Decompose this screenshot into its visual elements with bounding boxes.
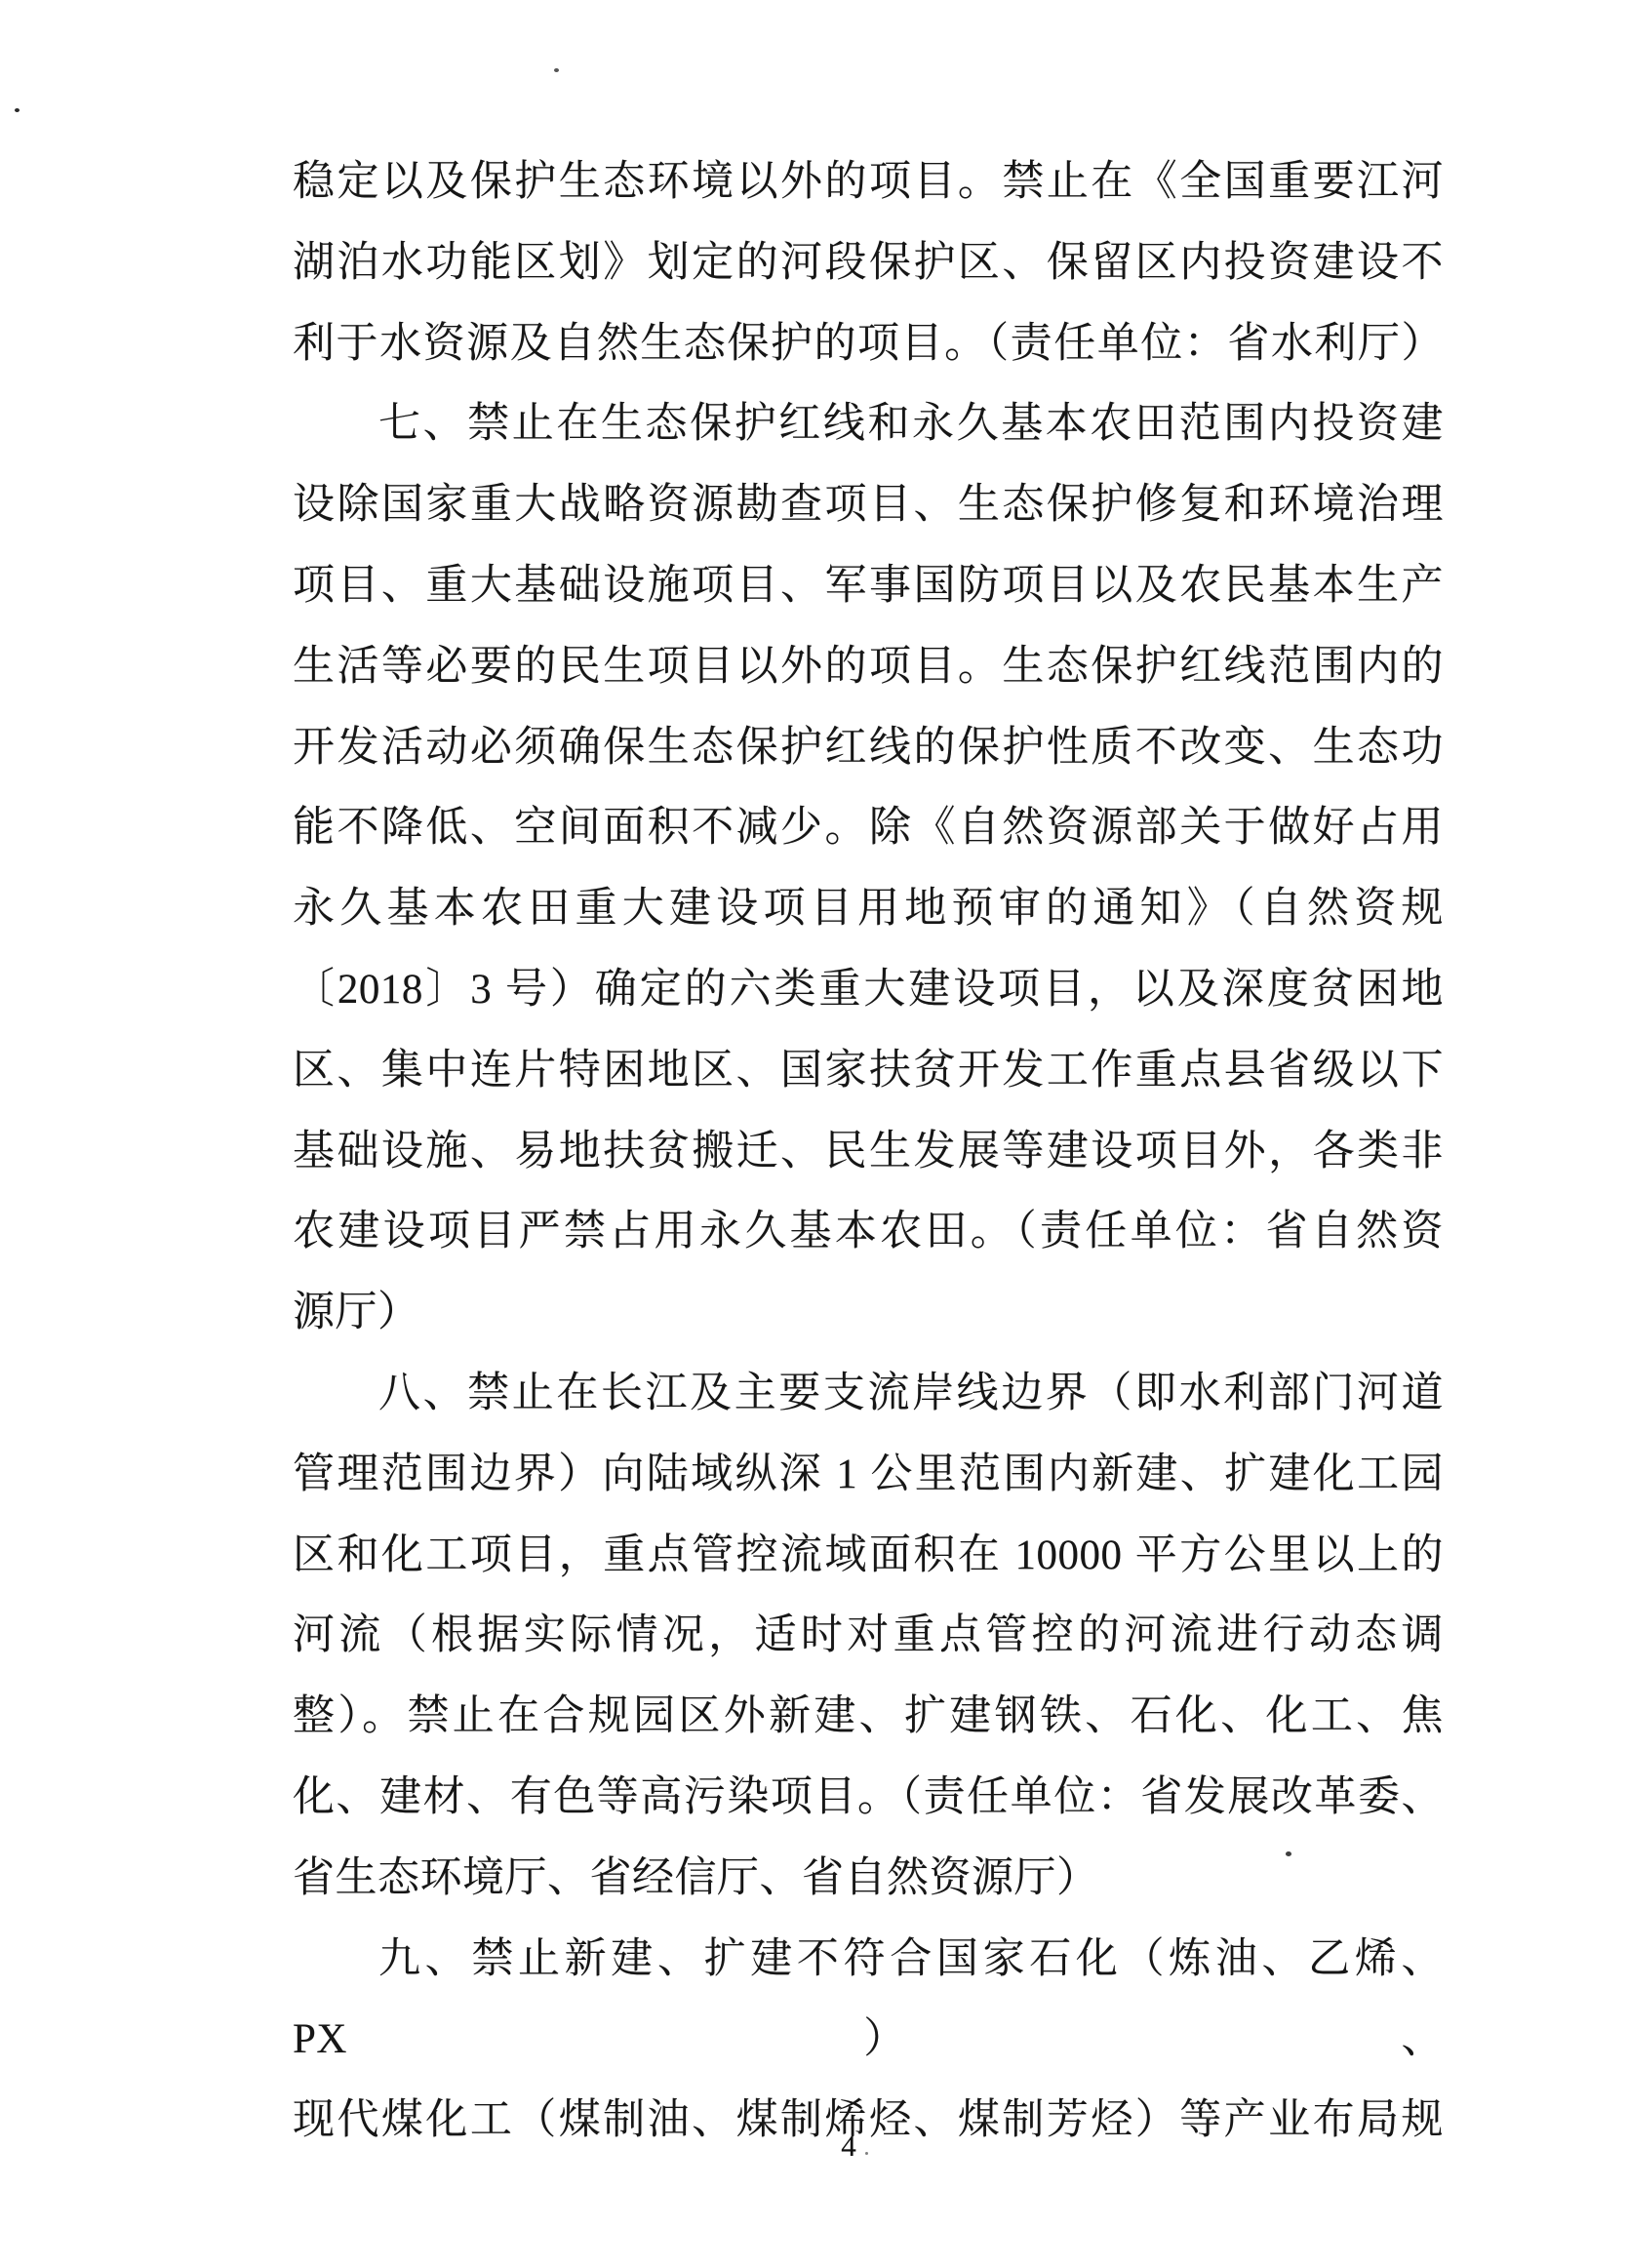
text-line: 湖泊水功能区划》划定的河段保护区、保留区内投资建设不 (293, 223, 1444, 304)
text-line: 源厅） (293, 1273, 1444, 1354)
text-line: 基础设施、易地扶贫搬迁、民生发展等建设项目外，各类非 (293, 1112, 1444, 1193)
text-line: 管理范围边界）向陆域纵深 1 公里范围内新建、扩建化工园 (293, 1435, 1444, 1516)
text-line: 省生态环境厅、省经信厅、省自然资源厅） (293, 1839, 1444, 1920)
text-line: 生活等必要的民生项目以外的项目。生态保护红线范围内的 (293, 627, 1444, 708)
document-page: 稳定以及保护生态环境以外的项目。禁止在《全国重要江河 湖泊水功能区划》划定的河段… (0, 0, 1628, 2268)
text-line: 永久基本农田重大建设项目用地预审的通知》（自然资规 (293, 869, 1444, 950)
text-line: 开发活动必须确保生态保护红线的保护性质不改变、生态功 (293, 708, 1444, 789)
scan-speck (15, 108, 20, 112)
text-line: 区、集中连片特困地区、国家扶贫开发工作重点县省级以下 (293, 1031, 1444, 1112)
text-line: 农建设项目严禁占用永久基本农田。（责任单位：省自然资 (293, 1192, 1444, 1273)
text-line: 利于水资源及自然生态保护的项目。（责任单位：省水利厅） (293, 304, 1444, 385)
text-line: 区和化工项目，重点管控流域面积在 10000 平方公里以上的 (293, 1516, 1444, 1597)
text-line: 〔2018〕3 号）确定的六类重大建设项目，以及深度贫困地 (293, 950, 1444, 1031)
page-number: 4 (819, 2129, 878, 2164)
text-line: 整）。禁止在合规园区外新建、扩建钢铁、石化、化工、焦 (293, 1677, 1444, 1758)
text-line: 项目、重大基础设施项目、军事国防项目以及农民基本生产 (293, 546, 1444, 627)
scan-speck (554, 68, 559, 72)
text-line: 河流（根据实际情况，适时对重点管控的河流进行动态调 (293, 1596, 1444, 1677)
text-line: 设除国家重大战略资源勘查项目、生态保护修复和环境治理 (293, 465, 1444, 546)
text-line-item-9-start: 九、禁止新建、扩建不符合国家石化（炼油、乙烯、PX）、 (293, 1920, 1444, 2082)
text-line-item-7-start: 七、禁止在生态保护红线和永久基本农田范围内投资建 (293, 384, 1444, 465)
text-line-item-8-start: 八、禁止在长江及主要支流岸线边界（即水利部门河道 (293, 1354, 1444, 1435)
text-line: 稳定以及保护生态环境以外的项目。禁止在《全国重要江河 (293, 142, 1444, 223)
text-line: 化、建材、有色等高污染项目。（责任单位：省发展改革委、 (293, 1758, 1444, 1839)
text-line: 能不降低、空间面积不减少。除《自然资源部关于做好占用 (293, 788, 1444, 869)
document-body: 稳定以及保护生态环境以外的项目。禁止在《全国重要江河 湖泊水功能区划》划定的河段… (293, 142, 1444, 2162)
